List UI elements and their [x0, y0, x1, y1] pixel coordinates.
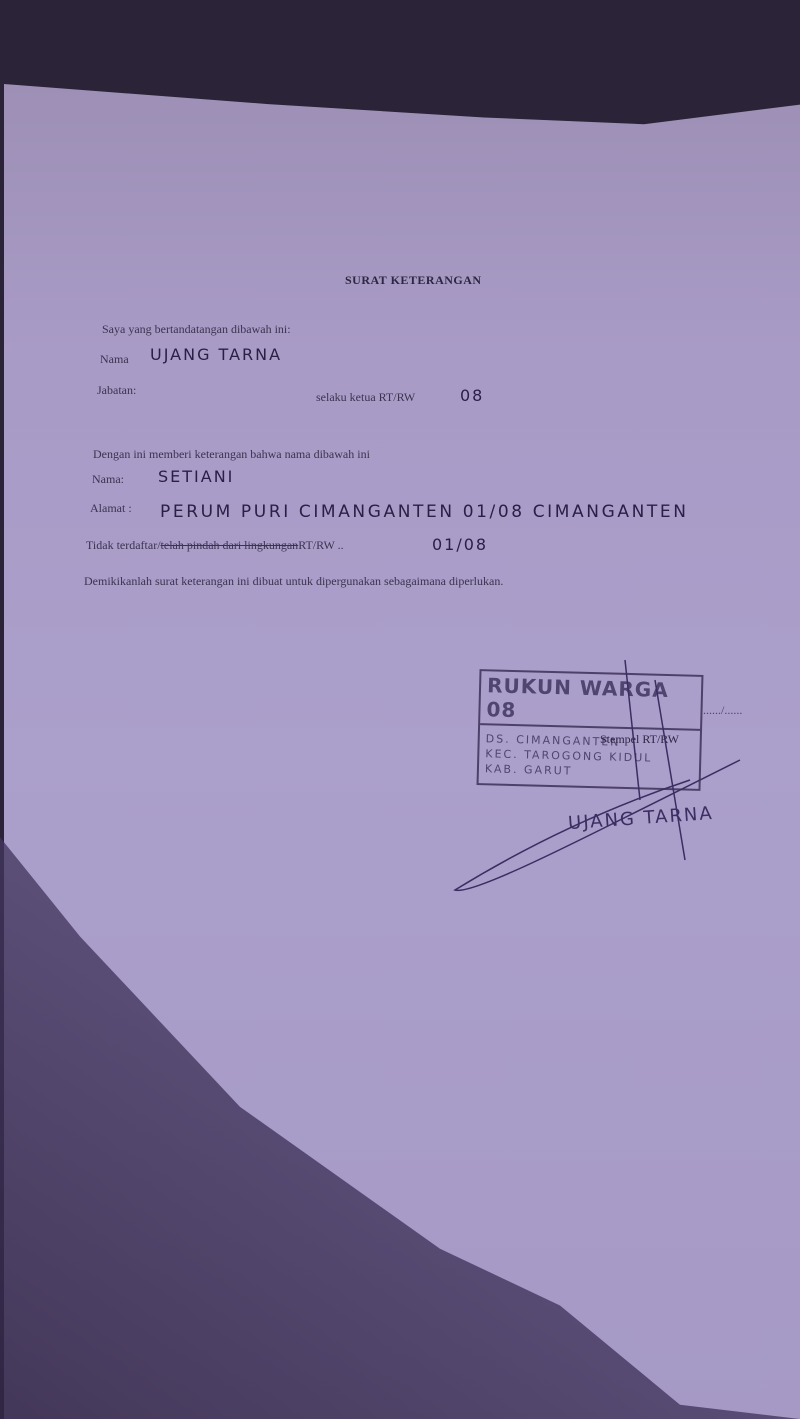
signature-icon	[0, 0, 800, 1419]
